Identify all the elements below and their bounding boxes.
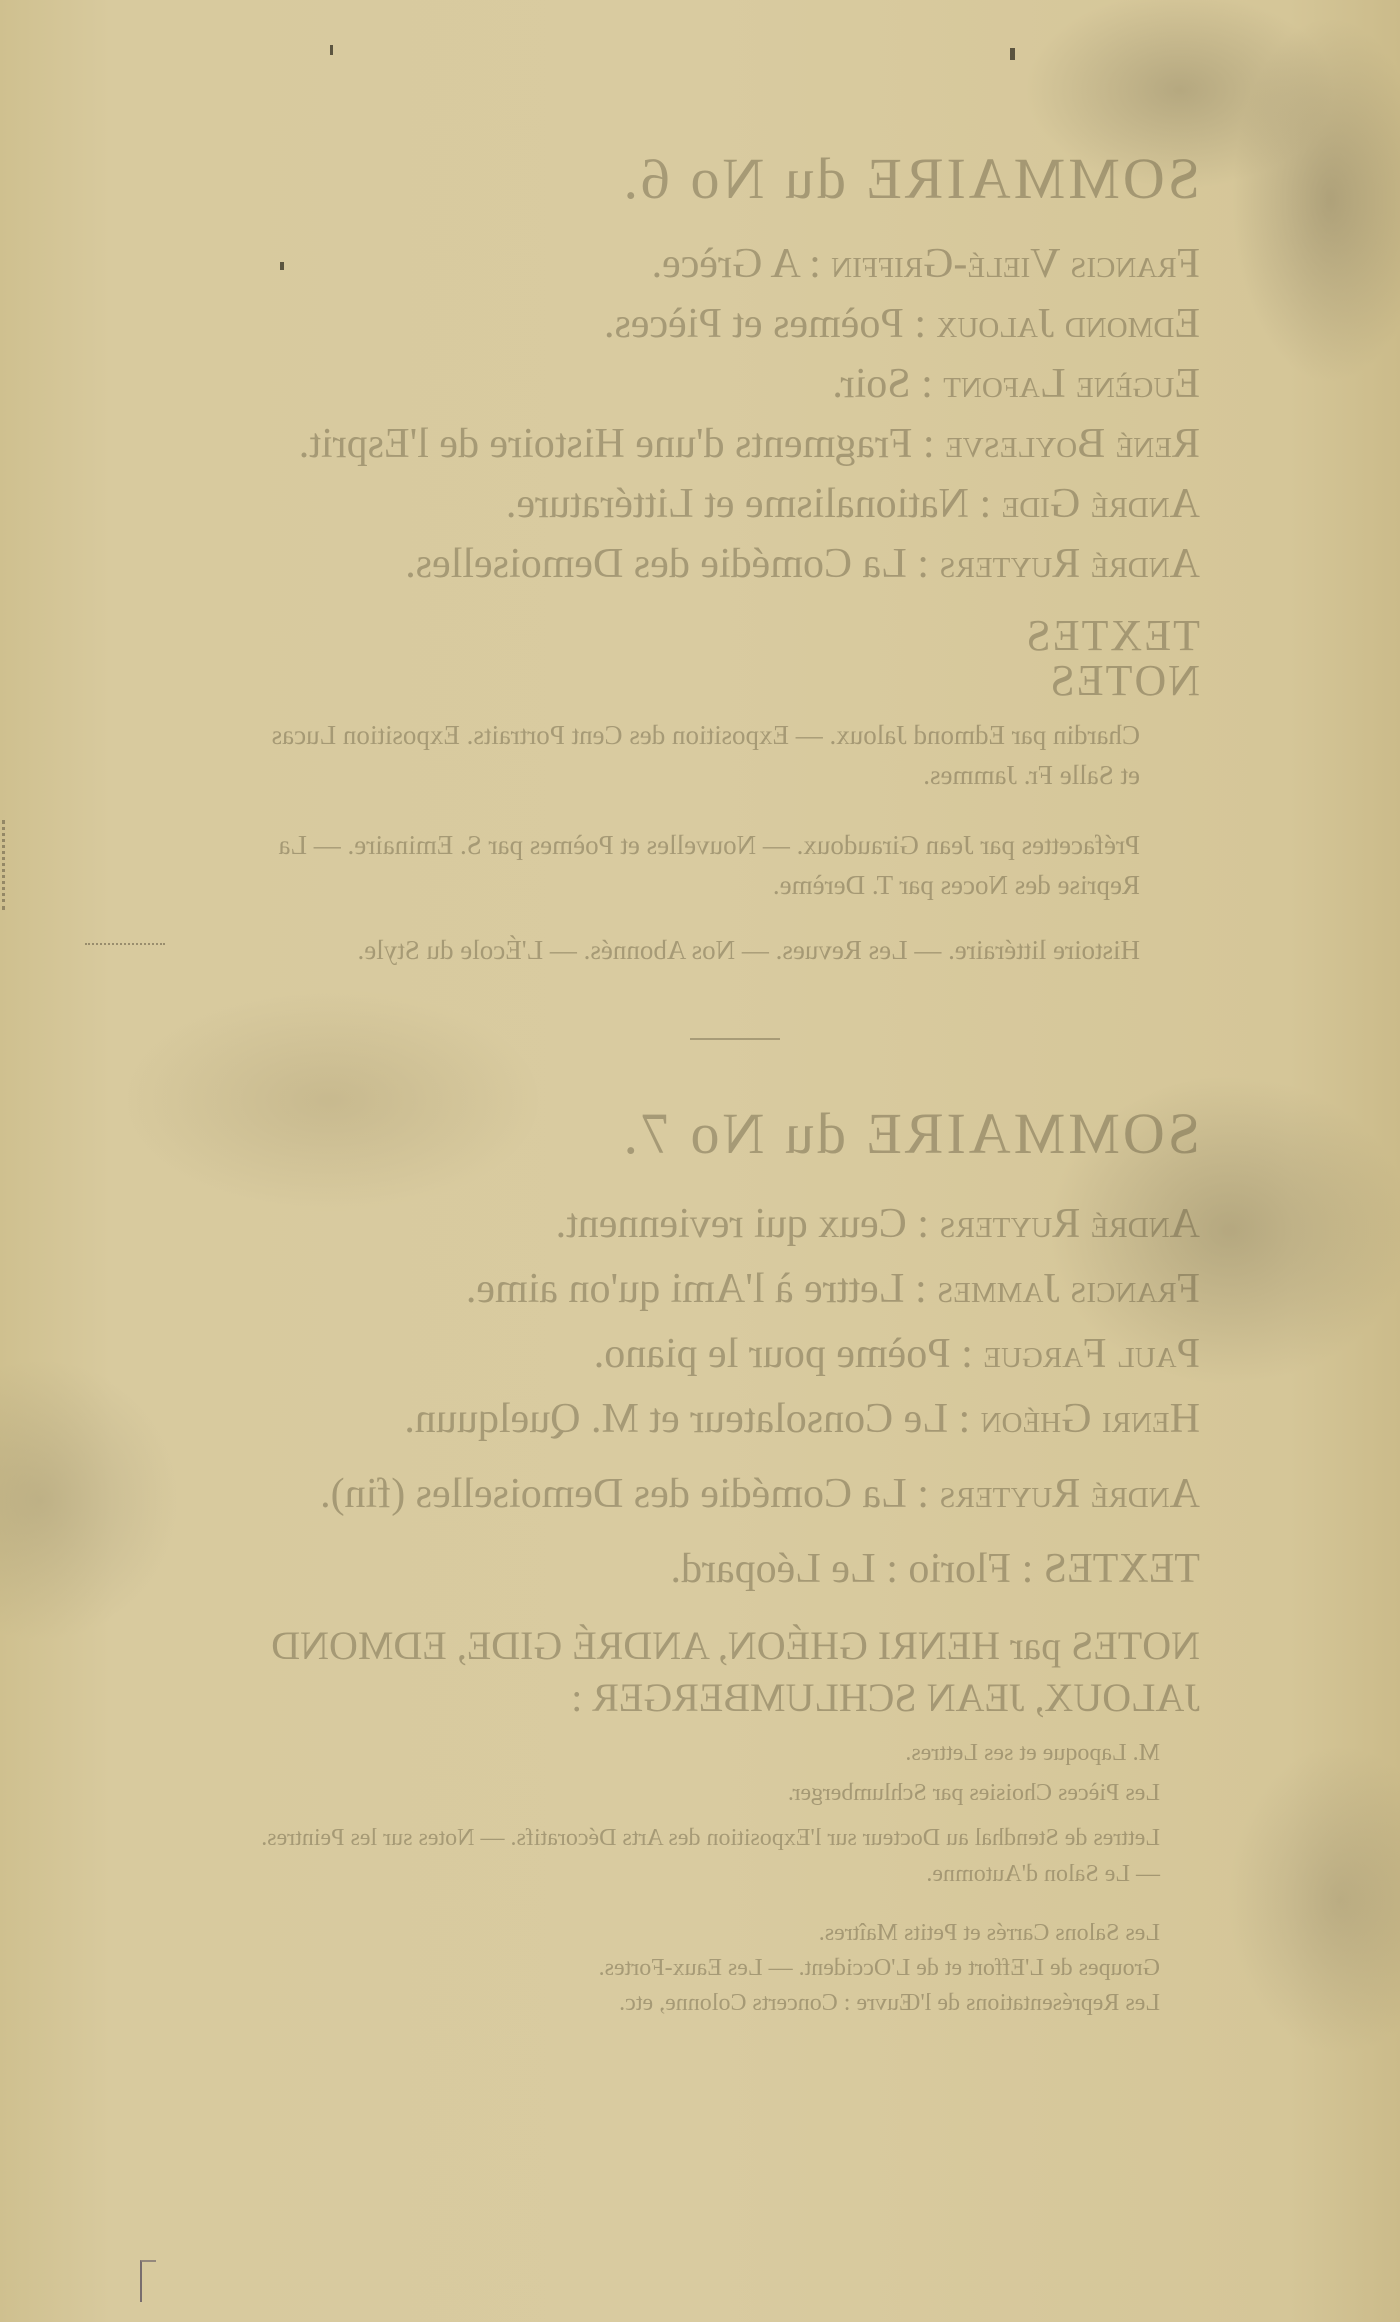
entry-author: André Ruyters [939,1201,1200,1247]
toc-entry: René Boylesve : Fragments d'une Histoire… [299,420,1200,468]
toc-entry: Eugène Lafont : Soir. [832,360,1200,408]
notes-heading: NOTES [1048,655,1200,706]
entry-author: André Ruyters [939,1471,1200,1517]
show-through-text: SOMMAIRE du No 6. Francis Vielé-Griffin … [0,0,1400,2322]
note-item: Groupes de L'Effort et de L'Occident. — … [260,1950,1160,1986]
note-paragraph: Chardin par Edmond Jaloux. — Exposition … [260,715,1140,795]
entry-author: Eugène Lafont [943,361,1200,407]
toc-entry: André Gide : Nationalisme et Littérature… [506,480,1200,528]
sommaire-7-title: SOMMAIRE du No 7. [621,1100,1201,1167]
sommaire-6-title: SOMMAIRE du No 6. [621,145,1201,212]
entry-author: Edmond Jaloux [936,301,1200,347]
entry-title: Nationalisme et Littérature. [506,481,969,527]
toc-entry: Paul Fargue : Poème pour le piano. [594,1330,1200,1378]
toc-entry: Francis Jammes : Lettre à l'Ami qu'on ai… [466,1265,1200,1313]
entry-author: Henri Ghéon [981,1396,1200,1442]
entry-title: Lettre à l'Ami qu'on aime. [466,1266,905,1312]
entry-title: A Grèce. [652,241,801,287]
toc-entry: André Ruyters : La Comédie des Demoisell… [320,1470,1200,1518]
note-item: M. Lapoque et ses Lettres. [260,1735,1160,1771]
entry-title: Le Consolateur et M. Quelquun. [404,1396,948,1442]
entry-title: Ceux qui reviennent. [556,1201,907,1247]
toc-entry: André Ruyters : Ceux qui reviennent. [556,1200,1200,1248]
note-paragraph: Préfacettes par Jean Giraudoux. — Nouvel… [260,825,1140,905]
entry-title: Poèmes et Pièces. [604,301,904,347]
toc-entry: Henri Ghéon : Le Consolateur et M. Quelq… [404,1395,1200,1443]
toc-entry: Francis Vielé-Griffin : A Grèce. [652,240,1200,288]
toc-entry: André Ruyters : La Comédie des Demoisell… [405,540,1200,588]
entry-title: La Comédie des Demoiselles. [405,541,907,587]
entry-author: Francis Vielé-Griffin [831,241,1200,287]
entry-author: André Ruyters [939,541,1200,587]
textes-line: TEXTES : Florio : Le Léopard. [670,1545,1200,1593]
note-item: Les Salons Carrés et Petits Maîtres. [260,1915,1160,1951]
entry-author: Paul Fargue [983,1331,1200,1377]
entry-author: Francis Jammes [937,1266,1200,1312]
entry-title: Soir. [832,361,910,407]
section-divider [690,1038,780,1040]
notes-heading: NOTES par HENRI GHÉON, ANDRÉ GIDE, EDMON… [200,1620,1200,1724]
note-item: Lettres de Stendhal au Docteur sur l'Exp… [260,1820,1160,1892]
entry-title: Fragments d'une Histoire de l'Esprit. [299,421,913,467]
toc-entry: Edmond Jaloux : Poèmes et Pièces. [604,300,1200,348]
entry-author: André Gide [1002,481,1200,527]
note-item: Les Pièces Choisies par Schlumberger. [260,1775,1160,1811]
entry-author: René Boylesve [945,421,1200,467]
scanned-page: SOMMAIRE du No 6. Francis Vielé-Griffin … [0,0,1400,2322]
entry-title: Poème pour le piano. [594,1331,951,1377]
entry-title: La Comédie des Demoiselles (fin). [320,1471,907,1517]
note-item: Les Représentations de l'Œuvre : Concert… [260,1985,1160,2021]
textes-heading: TEXTES [1024,610,1200,661]
note-paragraph: Histoire littéraire. — Les Revues. — Nos… [260,930,1140,970]
